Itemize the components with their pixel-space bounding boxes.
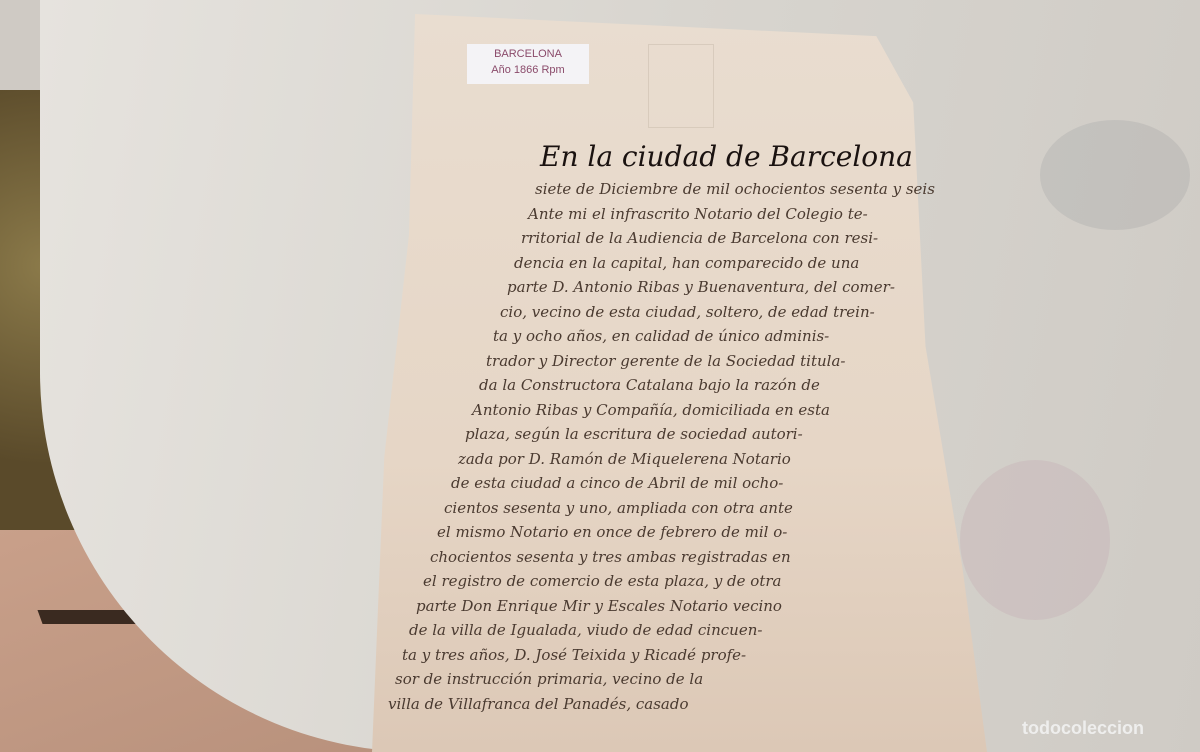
- handwritten-line: el registro de comercio de esta plaza, y…: [423, 572, 781, 590]
- handwritten-line: villa de Villafranca del Panadés, casado: [388, 695, 689, 713]
- handwritten-line: parte D. Antonio Ribas y Buenaventura, d…: [507, 278, 895, 296]
- handwritten-line: Antonio Ribas y Compañía, domiciliada en…: [472, 401, 830, 419]
- handwritten-line: sor de instrucción primaria, vecino de l…: [395, 670, 703, 688]
- handwritten-line: parte Don Enrique Mir y Escales Notario …: [416, 597, 782, 615]
- handwritten-line: de la villa de Igualada, viudo de edad c…: [409, 621, 762, 639]
- cloth-stain: [960, 460, 1110, 620]
- handwritten-line: cientos sesenta y uno, ampliada con otra…: [444, 499, 793, 517]
- handwritten-line: ta y tres años, D. José Teixida y Ricadé…: [402, 646, 746, 664]
- handwritten-line: el mismo Notario en once de febrero de m…: [437, 523, 787, 541]
- sticker-label: BARCELONA Año 1866 Rpm: [467, 44, 589, 84]
- handwritten-line: chocientos sesenta y tres ambas registra…: [430, 548, 791, 566]
- handwritten-line: siete de Diciembre de mil ochocientos se…: [535, 180, 935, 198]
- handwritten-line: dencia en la capital, han comparecido de…: [514, 254, 859, 272]
- label-city: BARCELONA: [467, 46, 589, 62]
- handwritten-line: rritorial de la Audiencia de Barcelona c…: [521, 229, 878, 247]
- document-heading: En la ciudad de Barcelona: [540, 140, 913, 173]
- seal-stamp: [648, 44, 714, 128]
- cloth-stain: [1040, 120, 1190, 230]
- handwritten-line: plaza, según la escritura de sociedad au…: [465, 425, 803, 443]
- handwritten-line: Ante mi el infrascrito Notario del Coleg…: [528, 205, 868, 223]
- handwritten-line: da la Constructora Catalana bajo la razó…: [479, 376, 820, 394]
- handwritten-line: zada por D. Ramón de Miquelerena Notario: [458, 450, 791, 468]
- handwritten-line: trador y Director gerente de la Sociedad…: [486, 352, 845, 370]
- label-year: Año 1866 Rpm: [467, 62, 589, 78]
- handwritten-line: cio, vecino de esta ciudad, soltero, de …: [500, 303, 875, 321]
- handwritten-line: ta y ocho años, en calidad de único admi…: [493, 327, 829, 345]
- handwritten-line: de esta ciudad a cinco de Abril de mil o…: [451, 474, 783, 492]
- watermark: todocoleccion: [1022, 718, 1144, 739]
